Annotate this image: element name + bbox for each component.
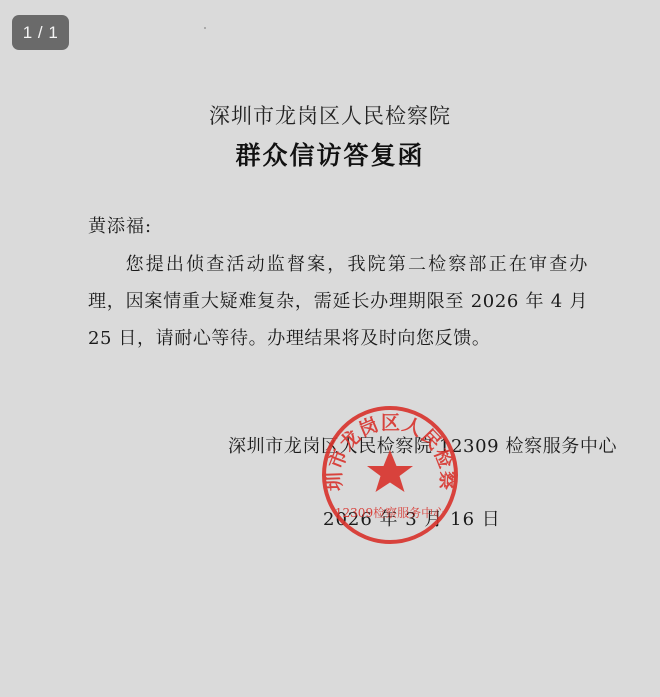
organization-title: 深圳市龙岗区人民检察院 (0, 100, 660, 130)
recipient-salutation: 黄添福: (88, 212, 152, 238)
letter-body-text: 您提出侦查活动监督案，我院第二检察部正在审查办理，因案情重大疑难复杂，需延长办理… (88, 254, 588, 349)
signature-date: 2026 年 3 月 16 日 (323, 505, 501, 531)
document-title: 群众信访答复函 (0, 136, 660, 172)
image-viewer: 1 / 1 深圳市龙岗区人民检察院 群众信访答复函 黄添福: 您提出侦查活动监督… (0, 0, 660, 697)
letter-body: 您提出侦查活动监督案，我院第二检察部正在审查办理，因案情重大疑难复杂，需延长办理… (88, 246, 588, 357)
letter-document: 深圳市龙岗区人民检察院 群众信访答复函 黄添福: 您提出侦查活动监督案，我院第二… (0, 0, 660, 697)
signature-organization: 深圳市龙岗区人民检察院 12309 检察服务中心 (228, 432, 617, 458)
